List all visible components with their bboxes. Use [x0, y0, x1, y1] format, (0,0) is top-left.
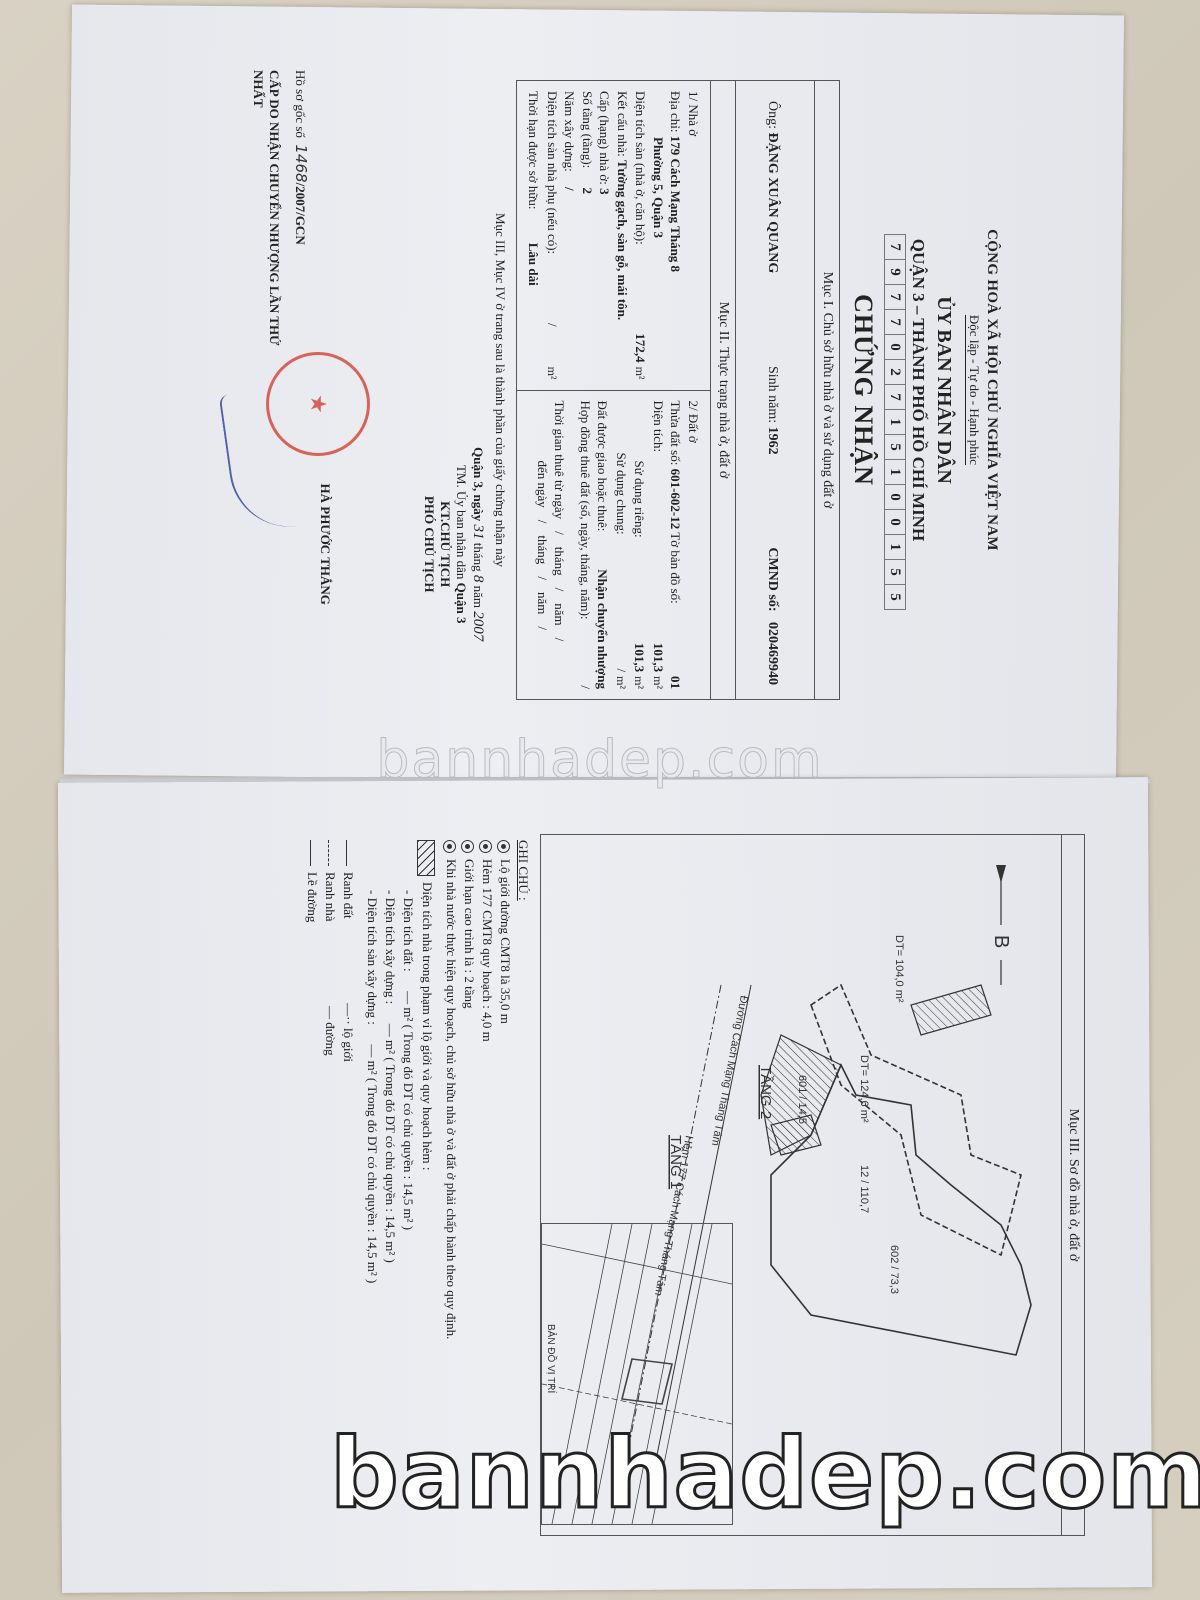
issuance-note: CẤP DO NHẬN CHUYỂN NHƯỢNG LẦN THỨ NHẤT [250, 70, 282, 378]
solid-line-icon [310, 840, 311, 866]
year-label: năm [471, 586, 486, 608]
watermark-bold: bannhadep.com [330, 1418, 1130, 1530]
serial-digit: 0 [884, 510, 906, 535]
sub-item-label: - Diện tích xây dựng : [383, 890, 398, 1004]
map-sheet-label: Tờ bản đồ số: [669, 532, 684, 604]
floor-area: 172,4 [634, 333, 649, 362]
grade: 3 [598, 188, 613, 195]
serial-number: 797702715100155 [884, 40, 906, 740]
ownership-term: Lâu dài [527, 243, 542, 286]
serial-digit: 2 [884, 360, 906, 385]
section-2: 1/ Nhà ở Địa chỉ: 179 Cách Mạng Tháng 8 … [517, 81, 710, 699]
birth-year: 1962 [765, 427, 780, 455]
hatch-legend-icon [417, 840, 435, 876]
lease-to-label: đến ngày [535, 461, 550, 508]
line-legend-label: Ranh nhà [323, 872, 338, 921]
parcel-label: Thửa đất số: [669, 401, 684, 466]
floor-area-label: Diện tích sàn (nhà ở, căn hộ): [631, 91, 650, 245]
district: QUẬN 3 – THÀNH PHỐ HỒ CHÍ MINH [908, 40, 928, 740]
svg-text:601 / 14,5: 601 / 14,5 [796, 1075, 808, 1124]
unit: m² [633, 676, 647, 689]
blank: / [553, 531, 568, 535]
year-built-label: Năm xây dựng: [563, 91, 578, 172]
note-item: Lộ giới đường CMT8 là 35,0 m [498, 859, 513, 1024]
for-chair: KT.CHỦ TỊCH [437, 378, 453, 710]
month-label: tháng [535, 535, 550, 564]
svg-text:B: B [990, 935, 1012, 948]
svg-text:602 / 73,3: 602 / 73,3 [888, 1245, 900, 1294]
unit: m² [634, 367, 648, 380]
year-label: năm [535, 592, 550, 614]
line-legend-label: Ranh đất [341, 872, 356, 919]
svg-text:12 / 110,7: 12 / 110,7 [858, 1165, 870, 1213]
solid-line-icon [346, 840, 347, 866]
serial-digit: 0 [884, 335, 906, 360]
record-number: 1468 [292, 144, 310, 182]
land-title: 2/ Đất ở [685, 401, 703, 690]
issuer: ỦY BAN NHÂN DÂN [932, 40, 955, 740]
house-info: 1/ Nhà ở Địa chỉ: 179 Cách Mạng Tháng 8 … [517, 81, 710, 390]
lease-contract-label: Hợp đồng thuê đất (số, ngày, tháng, năm)… [577, 401, 595, 620]
allocation-label: Đất được giao hoặc thuê: [594, 401, 612, 532]
serial-digit: 1 [884, 535, 906, 560]
house-title: 1/ Nhà ở [685, 91, 703, 380]
ownership-term-label: Thời hạn được sở hữu: [527, 91, 542, 209]
serial-digit: 1 [884, 410, 906, 435]
serial-digit: 7 [884, 234, 906, 260]
hatch-desc: Diện tích nhà trong phạm vi lộ giới và q… [420, 882, 435, 1170]
line-legend-extra: — đường [323, 1006, 338, 1056]
serial-digit: 5 [884, 585, 906, 610]
sign-year: 2007 [470, 611, 486, 641]
watermark-faint: bannhadep.com [300, 730, 900, 790]
line-legend-extra: —·· lộ giới [341, 1003, 356, 1062]
sub-item-label: - Diện tích đất : [401, 890, 416, 972]
id-number: 020469940 [765, 622, 780, 685]
serial-digit: 7 [884, 385, 906, 410]
year-built: / [563, 187, 578, 191]
structure: Tường gạch, sàn gỗ, mái tôn. [615, 160, 630, 320]
blank: / [553, 638, 568, 642]
private-use-label: Sử dụng riêng: [630, 401, 649, 538]
certificate-content: CỘNG HOÀ XÃ HỘI CHỦ NGHĨA VIỆT NAM Độc l… [60, 40, 1000, 740]
certificate-title: CHỨNG NHẬN [848, 40, 878, 740]
unit: m² [545, 367, 559, 380]
sub-item-value: — m² ( Trong đó DT có chủ quyền : 14,5 m… [401, 991, 416, 1230]
place-date-prefix: Quận 3, ngày [471, 447, 486, 521]
owner-info: Ông: ĐẶNG XUÂN QUANG Sinh năm: 1962 CMND… [736, 81, 814, 699]
svg-text:DT= 104,0 m²: DT= 104,0 m² [893, 935, 905, 1003]
on-behalf-district: Quận 3 [454, 583, 469, 624]
record-info: Hồ sơ gốc số 1468/2007/GCN CẤP DO NHẬN C… [250, 70, 486, 378]
parcel-number: 601-602-12 [669, 469, 684, 530]
section-marker-icon: B [990, 865, 1012, 985]
bullet-icon [479, 840, 492, 853]
serial-digit: 7 [884, 310, 906, 335]
birth-label: Sinh năm: [765, 366, 780, 423]
structure-label: Kết cấu nhà: [615, 91, 630, 157]
owner-label: Ông: [765, 101, 780, 129]
note-item: Giới hạn cao trình là : 2 tầng [462, 859, 477, 1008]
floors-label: Số tầng (tầng): [580, 91, 595, 168]
note-item: Khi nhà nước thực hiện quy hoạch, chủ sở… [444, 859, 459, 1339]
serial-digit: 7 [884, 285, 906, 310]
aux-area: / [545, 323, 560, 327]
bullet-icon [443, 840, 456, 853]
unit: m² [614, 676, 628, 689]
svg-text:DT= 124,6 m²: DT= 124,6 m² [858, 1055, 870, 1123]
year-label: năm [553, 603, 568, 625]
bullet-icon [461, 840, 474, 853]
month-label: tháng [553, 547, 568, 576]
private-use: 101,3 [633, 643, 648, 672]
on-behalf: TM. Ủy ban nhân dân [454, 465, 469, 579]
sub-item-label: - Diện tích sàn xây dựng : [365, 890, 380, 1025]
address-label: Địa chỉ: [669, 91, 684, 133]
unit: m² [651, 676, 665, 689]
serial-digit: 9 [884, 260, 906, 285]
blank: / [535, 576, 550, 580]
note-item: Hẻm 177 CMT8 quy hoạch : 4,0 m [480, 859, 495, 1042]
shared-use: / [614, 668, 629, 672]
owner-name: ĐẶNG XUÂN QUANG [765, 133, 780, 274]
line-legend-label: Lề đường [305, 872, 320, 922]
grade-label: Cấp (hạng) nhà ở: [598, 91, 613, 185]
serial-digit: 0 [884, 485, 906, 510]
motto: Độc lập - Tự do - Hạnh phúc [967, 315, 982, 465]
shared-use-label: Sử dụng chung: [612, 401, 631, 535]
lease-from-label: Thời gian thuê từ ngày [553, 401, 568, 520]
record-label: Hồ sơ gốc số [293, 70, 308, 138]
blank: / [535, 520, 550, 524]
section-1: Mục I. Chủ sở hữu nhà ở và sử dụng đất ở… [516, 80, 840, 700]
sign-month: 8 [470, 575, 486, 583]
floors: 2 [580, 188, 595, 195]
serial-digit: 1 [884, 460, 906, 485]
serial-digit: 5 [884, 560, 906, 585]
id-label: CMND số: [765, 547, 780, 611]
sub-item-value: — m² ( Trong đó DT có chủ quyền : 14,5 m… [383, 1024, 398, 1263]
continuation-note: Mục III, Mục IV ở trang sau là thành phầ… [492, 40, 508, 740]
section-1-heading: Mục I. Chủ sở hữu nhà ở và sử dụng đất ở [814, 81, 839, 699]
sign-day: 31 [470, 524, 486, 539]
serial-digit: 5 [884, 435, 906, 460]
blank: / [535, 626, 550, 630]
allocation: Nhận chuyển nhượng [594, 569, 612, 689]
bullet-icon [497, 840, 510, 853]
svg-text:BẢN ĐỒ VỊ TRÍ: BẢN ĐỒ VỊ TRÍ [545, 1324, 558, 1393]
section-2-heading: Mục II. Thực trạng nhà ở, đất ở [710, 81, 736, 699]
dashed-line-icon [328, 840, 329, 866]
lease-contract: / [577, 685, 595, 689]
sub-item-value: — m² ( Trong đó DT có chủ quyền : 14,5 m… [365, 1044, 380, 1283]
month-label: tháng [471, 543, 486, 572]
map-sheet: 01 [667, 676, 685, 689]
record-suffix: /2007/GCN [293, 183, 308, 245]
land-area: 101,3 [651, 643, 666, 672]
land-info: 2/ Đất ở Thửa đất số: 601-602-12 Tờ bản … [517, 390, 710, 700]
republic-heading: CỘNG HOÀ XÃ HỘI CHỦ NGHĨA VIỆT NAM [983, 40, 1000, 740]
aux-area-label: Diện tích sàn nhà phụ (nếu có): [543, 91, 562, 254]
land-area-label: Diện tích: [649, 401, 668, 453]
address-line1: 179 Cách Mạng Tháng 8 [669, 136, 684, 272]
address-line2: Phường 5, Quận 3 [651, 137, 666, 238]
blank: / [553, 588, 568, 592]
position: PHÓ CHỦ TỊCH [421, 378, 437, 710]
